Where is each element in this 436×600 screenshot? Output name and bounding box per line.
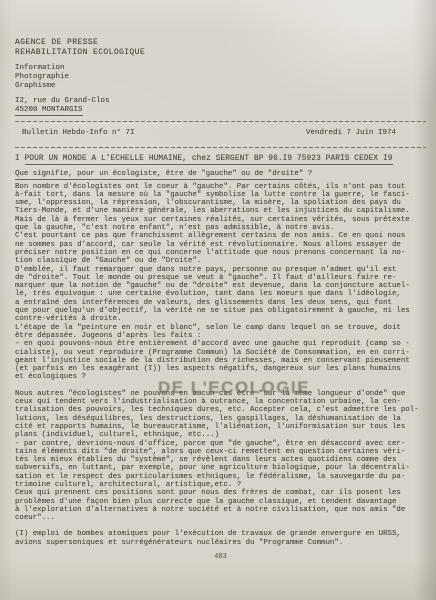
article-question-mark: ? [303, 170, 312, 178]
body-paragraph-2: Nous autres "écologistes" ne pouvons en … [15, 390, 426, 523]
masthead-row: Bulletin Hebdo-Info n° 7I Vendredi 7 Jui… [15, 126, 426, 141]
scanned-bulletin-page: DE L'ECOLOGIE AGENCE DE PRESSE REHABILIT… [0, 0, 436, 600]
address-city: 45200 MONTARGIS [15, 106, 426, 115]
address-block: I2, rue du Grand-Clos 45200 MONTARGIS [15, 97, 426, 115]
body-paragraph-1: Bon nombre d'écologistes ont le coeur à … [15, 183, 426, 382]
address-city-text: 45200 MONTARGIS [15, 106, 83, 116]
address-street: I2, rue du Grand-Clos [15, 97, 426, 106]
article: I POUR UN MONDE A L'ECHELLE HUMAINE, che… [15, 155, 426, 547]
letterhead: AGENCE DE PRESSE REHABILITATION ECOLOGIQ… [15, 38, 426, 115]
article-question-text: Que signifie, pour un écologiste, être d… [15, 170, 303, 180]
article-index: I [15, 155, 25, 163]
article-headline: I POUR UN MONDE A L'ECHELLE HUMAINE, che… [15, 155, 426, 164]
agency-name: AGENCE DE PRESSE REHABILITATION ECOLOGIQ… [15, 38, 426, 57]
dashed-separator-bottom [15, 146, 426, 148]
services-list: Information Photographie Graphisme [15, 64, 426, 91]
agency-name-line1: AGENCE DE PRESSE [15, 38, 426, 48]
page-number: 483 [15, 553, 426, 561]
article-title: POUR UN MONDE A L'ECHELLE HUMAINE, chez … [25, 155, 393, 165]
footnote: (I) emploi de bombes atomiques pour l'ex… [15, 530, 426, 547]
bulletin-number: Bulletin Hebdo-Info n° 7I [22, 129, 135, 138]
article-question: Que signifie, pour un écologiste, être d… [15, 170, 426, 179]
agency-name-line2: REHABILITATION ECOLOGIQUE [15, 48, 426, 58]
dashed-separator-top [15, 120, 426, 122]
issue-date: Vendredi 7 Juin I974 [306, 129, 396, 138]
